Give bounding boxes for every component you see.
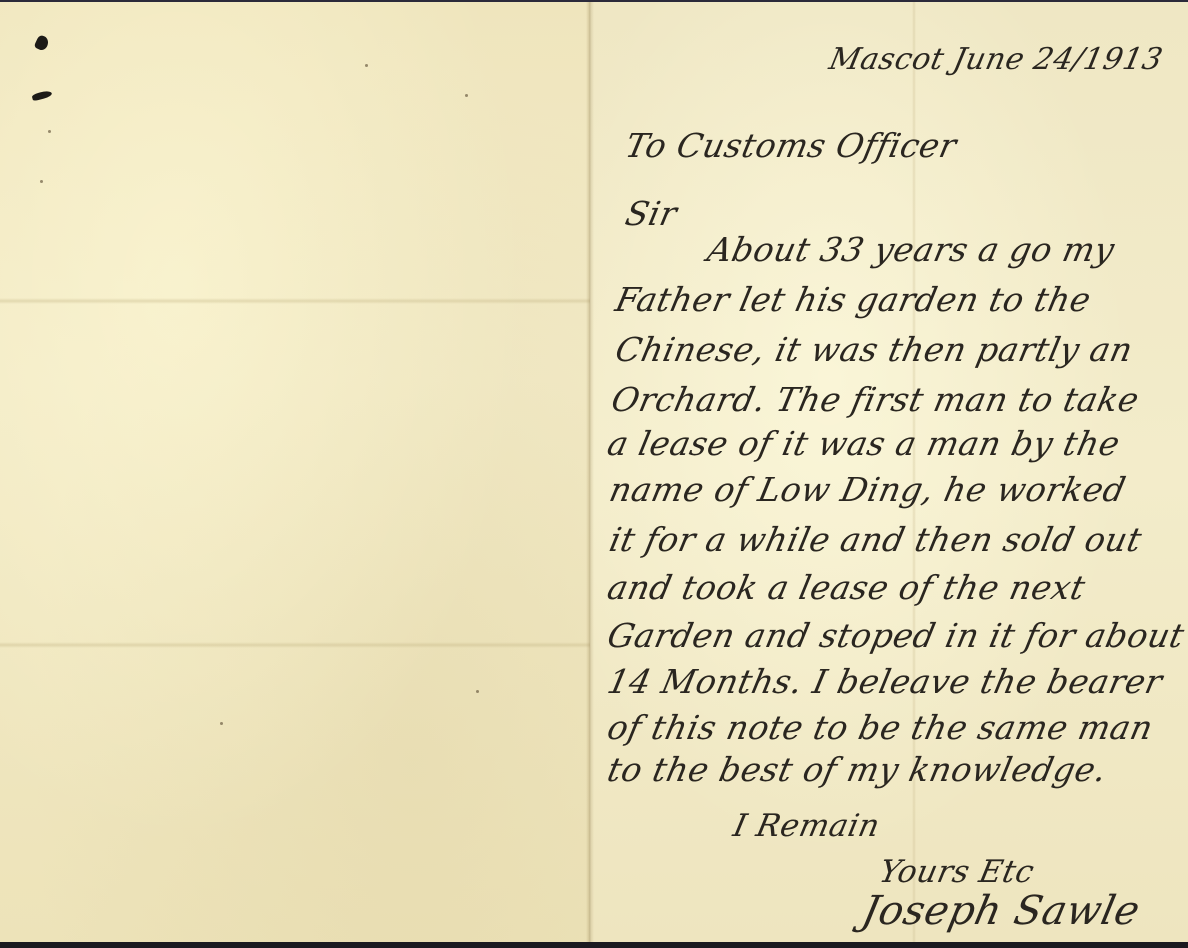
body-line: Garden and stoped in it for about: [604, 616, 1188, 655]
speck-mark: [476, 690, 479, 693]
body-line: to the best of my knowledge.: [604, 750, 1111, 789]
ink-blot-mark: [31, 90, 52, 102]
ink-blot-mark: [34, 34, 51, 52]
speck-mark: [48, 130, 51, 133]
speck-mark: [365, 64, 368, 67]
body-line: Orchard. The first man to take: [608, 380, 1143, 419]
body-line: and took a lease of the next: [604, 568, 1089, 607]
letter-closing: I Remain: [730, 808, 883, 844]
body-line: a lease of it was a man by the: [604, 424, 1124, 463]
body-line: of this note to be the same man: [604, 708, 1157, 747]
scanned-letter: Mascot June 24/1913 To Customs Officer S…: [0, 0, 1188, 944]
letter-salutation: Sir: [622, 194, 681, 233]
letter-addressee: To Customs Officer: [622, 126, 960, 165]
paper-crease: [0, 642, 590, 648]
center-fold: [586, 2, 594, 944]
scan-bottom-edge: [0, 942, 1188, 948]
letter-dateline: Mascot June 24/1913: [826, 42, 1166, 77]
letter-signature: Joseph Sawle: [858, 888, 1144, 934]
letter-valediction: Yours Etc: [876, 854, 1038, 890]
body-line: name of Low Ding, he worked: [606, 470, 1129, 509]
left-page-blank: [0, 2, 590, 944]
speck-mark: [465, 94, 468, 97]
body-line: 14 Months. I beleave the bearer: [604, 662, 1166, 701]
body-line: Father let his garden to the: [612, 280, 1095, 319]
body-line: Chinese, it was then partly an: [612, 330, 1136, 369]
body-line: it for a while and then sold out: [606, 520, 1145, 559]
speck-mark: [220, 722, 223, 725]
speck-mark: [40, 180, 43, 183]
body-line: About 33 years a go my: [704, 230, 1118, 269]
paper-crease: [0, 298, 590, 304]
